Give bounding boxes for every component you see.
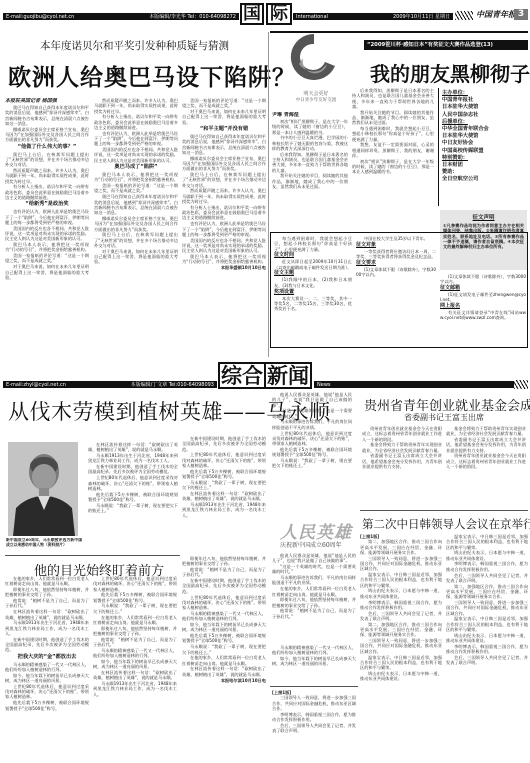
- top-email: E-mail:guojibu@cyol.net.cn: [6, 14, 74, 20]
- bottom-section-box-right: 新闻: [266, 362, 312, 389]
- feature-col-4: 上世纪80年代退休后，他意识到过度采伐对森林的破坏，决心“还清欠下的账”，带领家…: [93, 576, 177, 761]
- bottom-header-stripes: [514, 380, 528, 389]
- series-col-1: 尹琳 青海湟 初次“相识”黑柳彻子，是在大学一年级的时候，读了她的《窗边的小豆豆…: [272, 112, 348, 232]
- summit-col-2: 温家宝表示，中日韩三国是近邻，加强合作符合三国人民的根本利益，也有利于地区的和平…: [446, 534, 528, 761]
- section-box-left: 国: [240, 3, 264, 25]
- header-stripes: [455, 11, 473, 20]
- lead-col-3: 美国一家报纸的评论写道：“这是一个期望之奖，而不是成就之奖。” 对于奥巴马来说，…: [182, 98, 266, 356]
- photo-caption: 新中国成立60周年，马永顺被评选为新中国成立以来感动中国人物（资料照片）: [6, 538, 82, 550]
- paper-logo: 中国青年报: [476, 9, 516, 20]
- feature-col-2: 在新中国建设时期，他创造了手工伐木的全国最高纪录，先后多次被评为全国劳动模范。 …: [182, 436, 266, 550]
- heroes-col-bottom: 他说人民群众是英雄，他说“他是人民的儿子”，也说“我只是做了自己该做的事”。 “…: [272, 553, 356, 643]
- summit-col-1: [上接1版] 第二，加强地区合作，推动三国合作向更高水平发展。三国应在经贸、金融…: [360, 534, 442, 761]
- guizhou-subtitle: 省委副书记王富玉出席: [404, 412, 484, 423]
- swirl-logo-icon: [285, 28, 343, 86]
- series-title: 我的朋友黑柳彻子: [370, 58, 530, 87]
- feature-subhead-3: 把我大庆的“金”都放出去: [5, 654, 89, 661]
- lead-subhead-4: “和平主题”并没有错: [182, 126, 266, 133]
- series-logo: [285, 28, 343, 86]
- bottom-header-bar-right: News: [314, 381, 514, 388]
- summit-title: 第二次中日韩领导人会议在京举行: [362, 516, 530, 532]
- series-col-2: 后来我得知，黑柳彻子是日本著名的主持人和演员，也是联合国儿童基金会亲善大使，多年…: [352, 88, 434, 232]
- special-label: 特别赞助：: [442, 155, 525, 162]
- feature-col-5: 即使年过八旬，他依然坚持每年植树，并把植树的事业交给了子孙。 他常说：“植树不是…: [182, 556, 266, 761]
- top-editor: 本版编辑/李光华 Tel：010-64098272: [149, 14, 236, 20]
- heroes-col-top: 他说人民群众是英雄，他说“他是人民的儿子”，也说“我只是做了自己该做的事”。 “…: [272, 392, 352, 504]
- lead-byline: 本报驻美国记者 杨国强: [5, 98, 89, 105]
- lead-col-2: 然而质疑声随之而来。许多人认为，奥巴马就职不到一年，尚未取得实质性成果，此时授奖…: [94, 98, 178, 356]
- section-en: International: [296, 14, 328, 20]
- bottom-section-title-right: 新闻: [267, 363, 309, 388]
- contest-requirements-title: 征文要求: [356, 260, 436, 267]
- co-organizer-label: 后援单位：: [442, 119, 525, 126]
- lead-subhead-1: “他做了什么伟大的事？”: [5, 144, 89, 151]
- guizhou-col-2: 基金会将致力于帮助贵州青年实现创业就业，为全省经济社会发展贡献青春力量。 省委副…: [446, 426, 526, 494]
- series-byline: 尹琳 青海湟: [272, 112, 348, 119]
- contest-awards-title: 奖项设置: [274, 289, 352, 296]
- page-number: 3: [514, 9, 528, 20]
- lead-subhead-3: 奥巴马成了“陷阱”: [94, 164, 178, 171]
- contest-col-1: 每当遇到困难时，我就会想起小豆豆，想起小林校长那句“你真是个好孩子”，心里便充满…: [274, 236, 352, 346]
- notice-title: 征文声明: [443, 213, 524, 221]
- lead-kicker: 本年度诺贝尔和平奖引发种种质疑与猜测: [40, 38, 229, 53]
- feature-divider: [5, 555, 180, 556]
- feature-photo: [8, 442, 78, 536]
- bottom-header-bar: E-mail:zhyl@cyol.net.cn 本版编辑/丁文章 Tel:010…: [3, 381, 217, 388]
- bottom-editor: 本版编辑/丁文章 Tel:010-64098093: [131, 382, 214, 388]
- bottom-section-title-left: 综合: [221, 363, 263, 388]
- top-date: 2009年10月11日 星期日: [393, 14, 450, 20]
- lead-dateline: 本报华盛顿10月10日电: [182, 265, 266, 270]
- bottom-section-en: News: [317, 382, 331, 388]
- feature-col-3: 在他的家乡，人们常常看到一位白发老人扛着树苗走向山岗。他就是马永顺。 即使年过八…: [5, 576, 89, 761]
- bottom-email: E-mail:zhyl@cyol.net.cn: [6, 382, 66, 388]
- contest-col-3: (1)文章体裁不限（诗歌除外），字数3000字以内。 征文邮箱 (1)征文请发电…: [440, 274, 526, 346]
- section-box-right: 际: [266, 3, 292, 25]
- series-logo-caption: 明天会更好 中日青少年友好交流: [280, 90, 352, 103]
- summit-col-lower: [上接1版] 三国领导人一致同意，将进一步加强三国合作，共同应对国际金融危机，推…: [272, 690, 356, 762]
- column-divider: [268, 32, 269, 357]
- portrait-icon: [8, 442, 78, 536]
- top-header-bar-right: International 2009年10月11日 星期日: [293, 13, 453, 20]
- feature-dateline: 本报哈尔滨10月10日电: [182, 678, 266, 683]
- sponsors-box: 主办单位： 中国青年报社 日本驻华大使馆 人民中国杂志社 后援单位： 中华全国青…: [438, 88, 528, 206]
- summit-lower-divider: [270, 686, 358, 687]
- lead-col-1: 本报驻美国记者 杨国强 奥巴马在得知自己获得本年度诺贝尔和平奖的消息后说，他感到…: [5, 98, 89, 356]
- series-banner: “2009笹川杯·感知日本”有奖征文大赛作品选登(13): [364, 40, 528, 50]
- contest-target-title: 征文对象: [356, 242, 436, 249]
- section-title-right: 际: [270, 3, 288, 24]
- section-title-left: 国: [243, 3, 261, 24]
- lead-subhead-2: “给新秀”是政治奖: [5, 201, 89, 208]
- guizhou-col-1: 贵州省青年创业就业基金会今天在贵阳成立，这标志着贵州省青年创业就业工作进入一个新…: [362, 426, 442, 494]
- heroes-caption: 庆祝新中国成立60周年: [280, 540, 342, 549]
- heroes-col-lower: 马永顺的精神感染了一代又一代林区人，他们纷纷加入植树造林的行列。 如今，他当年栽…: [272, 645, 356, 685]
- lead-title: 欧洲人给奥巴马设下陷阱？: [8, 59, 296, 92]
- contest-col-2: 中国在校大学生及35岁以下青年。 征文对象 一等奖获得者将应邀访问日本一周，二等…: [356, 236, 436, 346]
- top-header-bar: E-mail:guojibu@cyol.net.cn 本版编辑/李光华 Tel：…: [3, 13, 239, 20]
- guizhou-divider: [360, 510, 528, 511]
- feature-col-1: 在林区流传着这样一句话：“砍树砍出了英雄，植树植出了英雄”，说的就是马永顺。 马…: [88, 442, 178, 550]
- bottom-section-box-left: 综合: [218, 362, 266, 389]
